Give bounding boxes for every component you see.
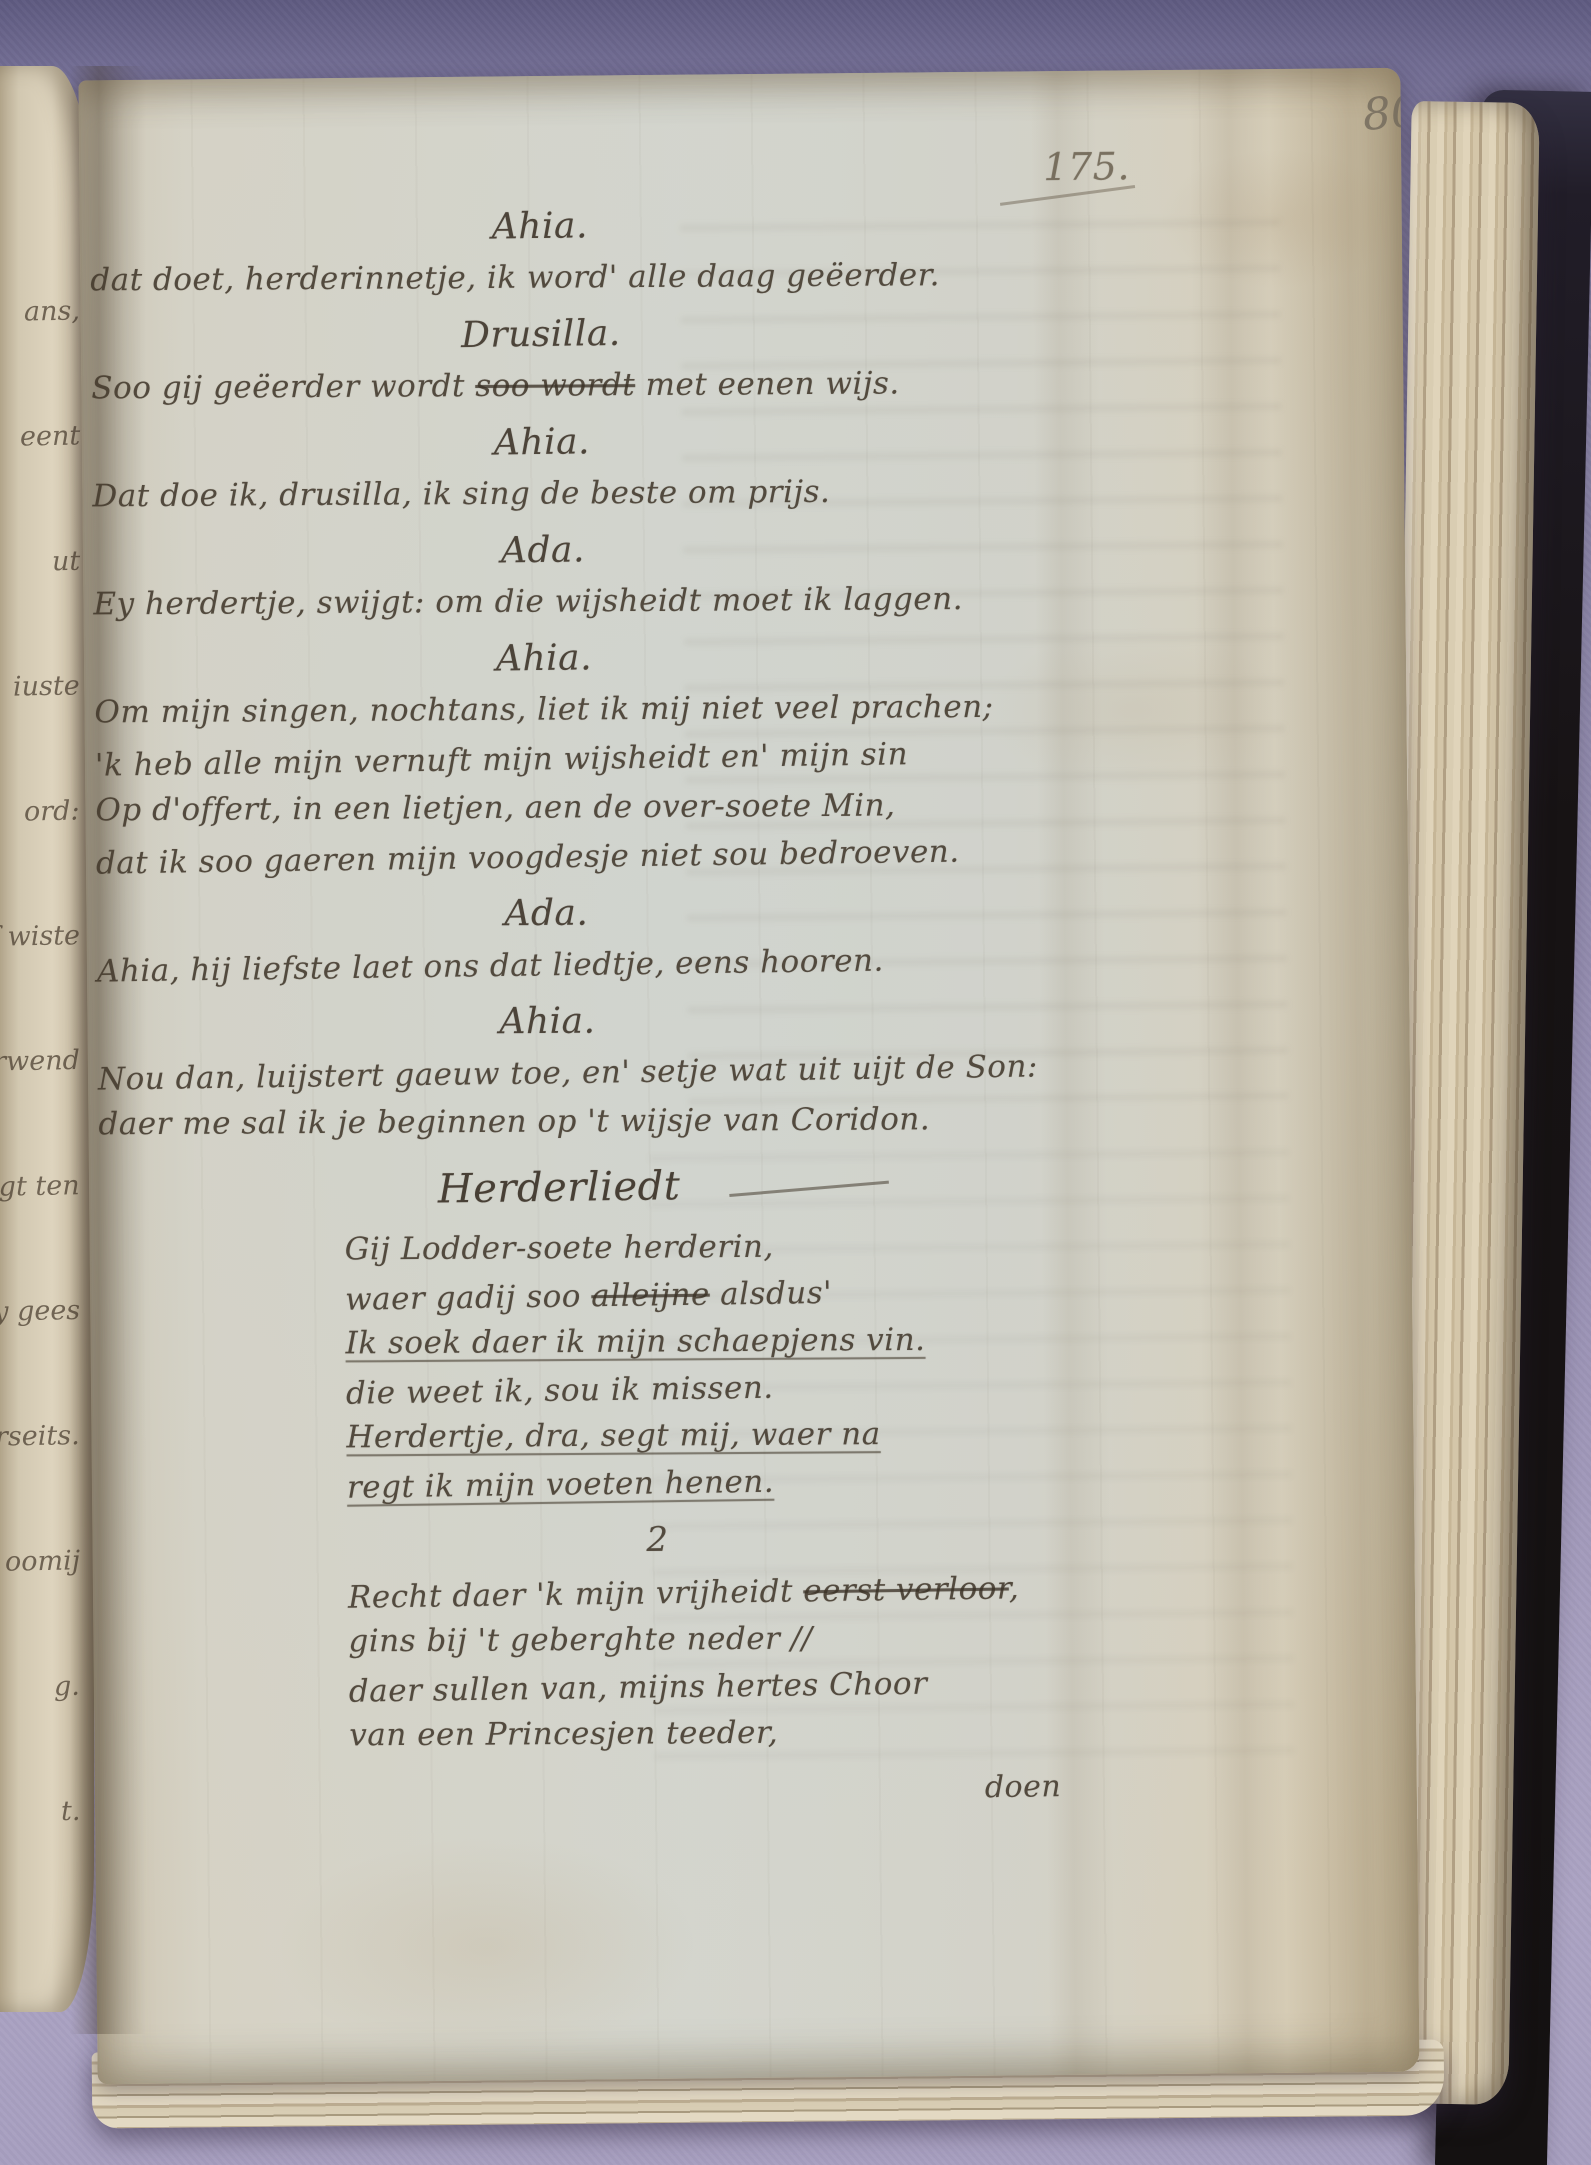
- ink-text: met eenen wijs.: [635, 365, 900, 403]
- ink-text: daer me sal ik je beginnen op 't wijsje …: [98, 1101, 930, 1142]
- struck-word: alleijne: [591, 1277, 710, 1315]
- speaker-heading: Ada.: [96, 888, 996, 939]
- verse-line: Soo gij geëerder wordt soo wordt met een…: [91, 358, 1171, 413]
- paper-stain: [275, 1835, 697, 2059]
- stanza-line: regt ik mijn voeten henen.: [347, 1453, 1183, 1511]
- facing-fragment: g.: [54, 1671, 80, 1702]
- facing-fragment: eent: [20, 420, 81, 452]
- stanza-line: daer sullen van, mijns hertes Choor: [349, 1657, 1185, 1715]
- manuscript-text: Ahia.dat doet, herderinnetje, ik word' a…: [90, 188, 1186, 1818]
- underlined-text: Ik soek daer ik mijn schaepjens vin.: [345, 1322, 925, 1362]
- manuscript-photo: ans,eentutiusteord:f wisteverwendigt ten…: [0, 0, 1591, 2165]
- ink-text: Op d'offert, in een lietjen, aen de over…: [95, 787, 895, 828]
- ink-text: Ahia.: [494, 421, 591, 463]
- facing-fragment: acy gees: [0, 1295, 80, 1328]
- paper-stain: [1159, 148, 1400, 290]
- facing-fragment: ans,: [24, 296, 80, 328]
- speaker-heading: Ahia.: [94, 630, 995, 689]
- verse-line: daer me sal ik je beginnen op 't wijsje …: [98, 1094, 1178, 1149]
- ink-text: dat ik soo gaeren mijn voogdesje niet so…: [96, 834, 960, 882]
- ink-text: van een Princesjen teeder,: [349, 1715, 778, 1754]
- verse-line: dat ik soo gaeren mijn voogdesje niet so…: [96, 825, 1177, 888]
- verse-line: Ahia, hij liefste laet ons dat liedtje, …: [97, 933, 1178, 996]
- facing-fragment: ord:: [24, 796, 80, 828]
- ink-text: Ey herdertje, swijgt: om die wijsheidt m…: [93, 581, 963, 622]
- stanza-line: van een Princesjen teeder,: [349, 1707, 1184, 1758]
- facing-fragment: f wiste: [0, 920, 80, 953]
- facing-fragment: ut: [51, 546, 80, 577]
- stanza-line: Herdertje, dra, segt mij, waer na: [346, 1409, 1181, 1460]
- manuscript-page: 80 175. Ahia.dat doet, herderinnetje, ik…: [78, 68, 1419, 2085]
- ink-text: Ahia.: [496, 637, 593, 679]
- ink-text: ,: [1009, 1570, 1020, 1606]
- ink-text: 'k heb alle mijn vernuft mijn wijsheidt …: [95, 736, 909, 783]
- ink-text: daer sullen van, mijns hertes Choor: [349, 1666, 928, 1710]
- verse-line: dat doet, herderinnetje, ik word' alle d…: [90, 250, 1170, 305]
- ink-text: Nou dan, luijstert gaeuw toe, en' setje …: [98, 1048, 1038, 1097]
- stanza-line: Recht daer 'k mijn vrijheidt eerst verlo…: [348, 1563, 1184, 1621]
- ink-text: die weet ik, sou ik missen.: [346, 1370, 774, 1412]
- underlined-text: regt ik mijn voeten henen.: [347, 1464, 775, 1506]
- struck-word: eerst verloor: [803, 1570, 1009, 1609]
- stanza-line: waer gadij soo alleijne alsdus': [345, 1265, 1181, 1323]
- ink-text: Ada.: [504, 893, 588, 935]
- speaker-heading: Drusilla.: [91, 306, 992, 365]
- stanza-line: gins bij 't geberghte neder //: [348, 1613, 1183, 1664]
- facing-fragment: t.: [60, 1796, 80, 1827]
- ink-text: Herderliedt: [437, 1163, 680, 1212]
- ink-text: Om mijn singen, nochtans, liet ik mij ni…: [94, 689, 993, 730]
- verse-line: Ey herdertje, swijgt: om die wijsheidt m…: [93, 574, 1173, 629]
- ink-text: Dat doe ik, drusilla, ik sing de beste o…: [92, 474, 830, 515]
- ink-text: alsdus': [710, 1275, 833, 1313]
- speaker-heading: Ahia.: [90, 198, 991, 257]
- speaker-heading: Ahia.: [97, 996, 997, 1047]
- ink-text: Ahia.: [491, 205, 588, 247]
- ink-folio-number: 175.: [1043, 144, 1130, 189]
- song-title: Herderliedt: [99, 1153, 1020, 1222]
- ink-text: gins bij 't geberghte neder //: [348, 1621, 812, 1660]
- facing-fragment: iuste: [13, 670, 80, 702]
- ink-text: Drusilla.: [461, 313, 621, 356]
- stanza-number: 2: [347, 1516, 967, 1564]
- ink-text: waer gadij soo: [345, 1278, 592, 1317]
- ink-text: Ahia, hij liefste laet ons dat liedtje, …: [97, 943, 884, 990]
- stanza-line: Gij Lodder-soete herderin,: [345, 1221, 1180, 1272]
- catchword: doen: [985, 1763, 1186, 1810]
- facing-page-sliver: ans,eentutiusteord:f wisteverwendigt ten…: [0, 66, 94, 2012]
- speaker-heading: Ada.: [93, 522, 994, 581]
- facing-fragment: oomij: [5, 1545, 81, 1577]
- ink-text: Ahia.: [499, 1001, 595, 1043]
- facing-fragment: erseits.: [0, 1420, 80, 1453]
- ink-text: doen: [985, 1769, 1062, 1805]
- ink-text: 2: [646, 1520, 668, 1560]
- ink-text: dat doet, herderinnetje, ik word' alle d…: [90, 257, 940, 298]
- stanza-line: die weet ik, sou ik missen.: [346, 1359, 1182, 1417]
- struck-word: soo wordt: [475, 367, 635, 404]
- ink-text: Ada.: [501, 529, 586, 571]
- ink-text: Soo gij geëerder wordt: [91, 368, 475, 406]
- stanza-line: Ik soek daer ik mijn schaepjens vin.: [345, 1315, 1180, 1366]
- ink-text: Gij Lodder-soete herderin,: [345, 1229, 774, 1268]
- underlined-text: Herdertje, dra, segt mij, waer na: [346, 1416, 880, 1455]
- facing-fragment: verwend: [0, 1045, 80, 1078]
- ink-text: Recht daer 'k mijn vrijheidt: [348, 1573, 804, 1615]
- facing-fragment: igt ten: [0, 1170, 80, 1203]
- verse-line: Dat doe ik, drusilla, ik sing de beste o…: [92, 466, 1172, 521]
- speaker-heading: Ahia.: [92, 414, 993, 473]
